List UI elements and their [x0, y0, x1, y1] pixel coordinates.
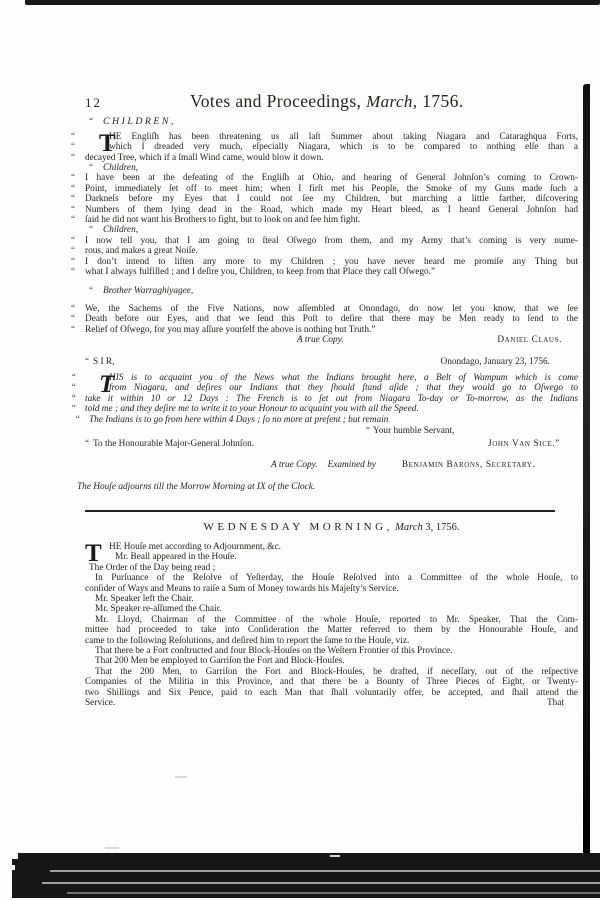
- line-text: decayed Tree, which if a ſmall Wind came…: [85, 153, 324, 163]
- address-row: “To the Honourable Major-General Johnſon…: [85, 438, 578, 449]
- hanging-quote: “: [85, 438, 89, 448]
- text-line: “told me ; and they deſire me to write i…: [85, 404, 578, 414]
- signature-john-van-sice: John Van Sice.”: [488, 439, 560, 449]
- signature-daniel-claus: Daniel Claus.: [497, 335, 562, 345]
- line-text: I now tell you, that I am going to ſteal…: [85, 236, 578, 246]
- page-edge-streak: [50, 870, 600, 872]
- line-text: Mr. Beall appeared in the Houſe.: [115, 552, 237, 562]
- line-text: mittee had proceeded to take into Conſid…: [85, 625, 578, 635]
- text-line: “Darkneſs before my Eyes that I could no…: [85, 194, 578, 204]
- paragraph: “I don’t intend to liſten any more to my…: [85, 257, 578, 278]
- hanging-quote: “: [71, 403, 76, 413]
- line-text: That the 200 Men, to Garriſon the Fort a…: [95, 667, 578, 677]
- line-text: conſider of Ways and Means to raiſe a Su…: [85, 584, 399, 594]
- text-line: “what I always fulfilled ; and I deſire …: [85, 267, 578, 277]
- page-edge-streak: [67, 892, 600, 894]
- hanging-quote: “: [71, 172, 75, 182]
- session-month: March: [395, 522, 423, 533]
- scan-corner-step: [12, 865, 15, 870]
- paragraph: T “HE Engliſh has been threatening us al…: [85, 132, 578, 163]
- hanging-quote: “: [71, 193, 75, 203]
- subheading-brother: “Brother Warraghiyagee,: [103, 286, 578, 296]
- journal-title-year: 1756.: [422, 91, 463, 111]
- paragraph: “I now tell you, that I am going to ſtea…: [85, 236, 578, 257]
- paragraph: “I have been at the defeating of the Eng…: [85, 173, 578, 225]
- journal-title: Votes and Proceedings, March, 1756.: [190, 96, 464, 107]
- line-text: HIS is to acquaint you of the News what …: [109, 373, 578, 383]
- line-text: which I dreaded very much, eſpecially Ni…: [109, 142, 578, 152]
- address-text: “To the Honourable Major-General Johnſon…: [85, 438, 254, 449]
- text-line: The Order of the Day being read ;: [85, 563, 578, 573]
- scan-edge-bottom: [12, 853, 600, 898]
- hanging-quote: “: [71, 214, 75, 224]
- text-line: “rous, and makes a great Noiſe.: [85, 246, 578, 256]
- hanging-quote: “: [71, 266, 75, 276]
- salutation-sir: S I R,: [93, 357, 114, 367]
- dateline: Onondago, January 23, 1756.: [441, 357, 550, 367]
- line-text: That there be a Fort conſtructed and fou…: [95, 646, 452, 656]
- text-line: Mr. Speaker re-aſſumed the Chair.: [85, 604, 578, 614]
- text-line: “Relief of Oſwego, for you may aſſure yo…: [85, 325, 578, 335]
- text-line: Mr. Beall appeared in the Houſe.: [85, 552, 578, 562]
- text-line: That there be a Fort conſtructed and fou…: [85, 646, 578, 656]
- line-text: Relief of Oſwego, for you may aſſure you…: [85, 325, 375, 335]
- subheading-text: Children,: [103, 163, 138, 173]
- section-divider-rule: [85, 510, 555, 512]
- catchword: That: [547, 698, 564, 708]
- line-text: I don’t intend to liſten any more to my …: [85, 257, 578, 267]
- hanging-quote: “: [71, 393, 76, 403]
- line-text: two Shillings and Six Pence, paid to eac…: [85, 688, 578, 698]
- text-line: “I now tell you, that I am going to ſtea…: [85, 236, 578, 246]
- line-text: HE Houſe met according to Adjournment, &…: [109, 542, 281, 552]
- hanging-quote: “: [89, 224, 93, 234]
- text-line: “We, the Sachems of the Five Nations, no…: [85, 304, 578, 314]
- line-text: We, the Sachems of the Five Nations, now…: [85, 304, 578, 314]
- line-text: Companies of the Militia in this Provinc…: [85, 677, 578, 687]
- paragraph-session: T HE Houſe met according to Adjournment,…: [85, 542, 578, 709]
- hanging-quote: “: [85, 356, 89, 366]
- scan-corner-step: [12, 853, 18, 859]
- attestation-row: A true Copy. Daniel Claus.: [85, 335, 578, 345]
- line-text: came to the following Reſolutions, and d…: [85, 636, 409, 646]
- hanging-quote: “: [89, 285, 93, 295]
- text-line: That 200 Men be employed to Garriſon the…: [85, 656, 578, 666]
- true-copy-label: A true Copy.: [297, 335, 344, 345]
- journal-title-month: March,: [366, 92, 417, 111]
- hanging-quote: “: [71, 183, 75, 193]
- text-line: “The Indians is to go from here within 4…: [85, 415, 578, 425]
- line-text: Death before our Eyes, and that we ſend …: [85, 314, 578, 324]
- line-text: The Order of the Day being read ;: [89, 563, 215, 573]
- paragraph: “We, the Sachems of the Five Nations, no…: [85, 304, 578, 335]
- page-edge-streak: [42, 882, 600, 884]
- text-line: In Purſuance of the Reſolve of Yeſterday…: [85, 573, 578, 583]
- hanging-quote: “: [89, 116, 93, 126]
- line-text: ſaid he did not want his Brothers to fig…: [85, 215, 360, 225]
- text-line: “I don’t intend to liſten any more to my…: [85, 257, 578, 267]
- line-text: Mr. Speaker left the Chair.: [95, 594, 194, 604]
- text-line: “which I dreaded very much, eſpecially N…: [85, 142, 578, 152]
- text-line: “ſaid he did not want his Brothers to fi…: [85, 215, 578, 225]
- line-text: HE Engliſh has been threatening us all l…: [109, 132, 578, 142]
- text-line: conſider of Ways and Means to raiſe a Su…: [85, 584, 578, 594]
- text-line: “from Niagara, and deſires our Indians t…: [85, 383, 578, 393]
- scan-smudge: [105, 847, 119, 849]
- line-text: In Purſuance of the Reſolve of Yeſterday…: [95, 573, 578, 583]
- text-line: mittee had proceeded to take into Conſid…: [85, 625, 578, 635]
- scan-edge-top: [25, 0, 600, 5]
- session-heading: WEDNESDAY MORNING, March 3, 1756.: [85, 522, 578, 533]
- hanging-quote: “: [71, 303, 75, 313]
- text-line: “I have been at the defeating of the Eng…: [85, 173, 578, 183]
- examined-by-label: Examined by: [328, 460, 376, 470]
- text-line: “Point, immediately ſet off to meet him;…: [85, 184, 578, 194]
- line-text: Darkneſs before my Eyes that I could not…: [85, 194, 578, 204]
- section-heading-children: “CHILDREN,: [103, 117, 578, 127]
- text-line: “HE Engliſh has been threatening us all …: [85, 132, 578, 142]
- text-line: “HIS is to acquaint you of the News what…: [85, 373, 578, 383]
- subheading-children: “Children,: [103, 163, 578, 173]
- line-text: Service.: [85, 698, 115, 708]
- text-line-with-catchword: Service. That: [85, 698, 578, 708]
- line-text: The Indians is to go from here within 4 …: [89, 415, 388, 425]
- hanging-quote: “: [71, 152, 75, 162]
- hanging-quote: “: [71, 372, 76, 382]
- scan-smudge: [330, 855, 340, 857]
- text-line: “decayed Tree, which if a ſmall Wind cam…: [85, 153, 578, 163]
- text-line: came to the following Reſolutions, and d…: [85, 636, 578, 646]
- closing-label: Your humble Servant,: [373, 426, 454, 436]
- text-line: two Shillings and Six Pence, paid to eac…: [85, 688, 578, 698]
- text-line: HE Houſe met according to Adjournment, &…: [85, 542, 578, 552]
- text-line: Companies of the Militia in this Provinc…: [85, 677, 578, 687]
- heading-text: CHILDREN,: [103, 116, 176, 127]
- subheading-children: “Children,: [103, 225, 578, 235]
- paragraph-letter: T “HIS is to acquaint you of the News wh…: [85, 373, 578, 425]
- line-text: rous, and makes a great Noiſe.: [85, 246, 198, 256]
- subheading-text: Children,: [103, 225, 138, 235]
- signature-benjamin-barons: Benjamin Barons, Secretary.: [402, 460, 536, 470]
- hanging-quote: “: [71, 235, 75, 245]
- hanging-quote: “: [75, 414, 80, 424]
- salutation-row: “ S I R, Onondago, January 23, 1756.: [85, 356, 578, 367]
- hanging-quote: “: [71, 382, 76, 392]
- hanging-quote: “: [89, 162, 93, 172]
- text-column: “CHILDREN, T “HE Engliſh has been threat…: [85, 117, 578, 708]
- text-line: Mr. Speaker left the Chair.: [85, 594, 578, 604]
- text-line: “Numbers of them lying dead in the Road,…: [85, 205, 578, 215]
- hanging-quote: “: [71, 204, 75, 214]
- address-label: To the Honourable Major-General Johnſon.: [93, 439, 254, 449]
- scan-smudge: [175, 776, 187, 778]
- line-text: Mr. Speaker re-aſſumed the Chair.: [95, 604, 222, 614]
- closing-text: “Your humble Servant,: [366, 425, 454, 436]
- line-text: told me ; and they deſire me to write it…: [85, 404, 419, 414]
- hanging-quote: “: [71, 256, 75, 266]
- hanging-quote: “: [71, 245, 75, 255]
- subheading-text: Brother Warraghiyagee,: [103, 286, 193, 296]
- true-copy-label: A true Copy.: [271, 460, 318, 470]
- examined-row: A true Copy. Examined by Benjamin Barons…: [85, 460, 578, 470]
- hanging-quote: “: [71, 141, 75, 151]
- line-text: from Niagara, and deſires our Indians th…: [109, 383, 578, 393]
- hanging-quote: “: [366, 425, 370, 435]
- scanned-document-page: { "header": { "page_number": "12", "titl…: [0, 0, 600, 900]
- adjournment-text: The Houſe adjourns till the Morrow Morni…: [77, 482, 315, 492]
- hanging-quote: “: [71, 131, 75, 141]
- session-date-rest: 3, 1756.: [425, 522, 459, 533]
- journal-title-part: Votes and Proceedings,: [190, 91, 361, 111]
- line-text: That 200 Men be employed to Garriſon the…: [95, 656, 345, 666]
- adjournment-line: The Houſe adjourns till the Morrow Morni…: [77, 482, 578, 492]
- scan-edge-right: [583, 84, 590, 855]
- line-text: Numbers of them lying dead in the Road, …: [85, 205, 578, 215]
- line-text: Point, immediately ſet off to meet him; …: [85, 184, 578, 194]
- text-line: Mr. Lloyd, Chairman of the Committee of …: [85, 615, 578, 625]
- hanging-quote: “: [71, 313, 75, 323]
- page-number: 12: [85, 98, 102, 108]
- session-heading-date: March 3, 1756.: [395, 522, 459, 533]
- text-line: “Death before our Eyes, and that we ſend…: [85, 314, 578, 324]
- text-line: That the 200 Men, to Garriſon the Fort a…: [85, 667, 578, 677]
- running-head: 12 Votes and Proceedings, March, 1756.: [85, 96, 578, 108]
- closing-row: “Your humble Servant,: [85, 425, 578, 436]
- line-text: I have been at the defeating of the Engl…: [85, 173, 578, 183]
- line-text: what I always fulfilled ; and I deſire y…: [85, 267, 435, 277]
- session-heading-caps: WEDNESDAY MORNING,: [204, 521, 393, 533]
- page-content: 12 Votes and Proceedings, March, 1756. “…: [70, 96, 578, 709]
- text-line: “take it within 10 or 12 Days : The Fren…: [85, 394, 578, 404]
- line-text: take it within 10 or 12 Days : The Frenc…: [85, 394, 578, 404]
- line-text: Mr. Lloyd, Chairman of the Committee of …: [95, 615, 578, 625]
- hanging-quote: “: [71, 324, 75, 334]
